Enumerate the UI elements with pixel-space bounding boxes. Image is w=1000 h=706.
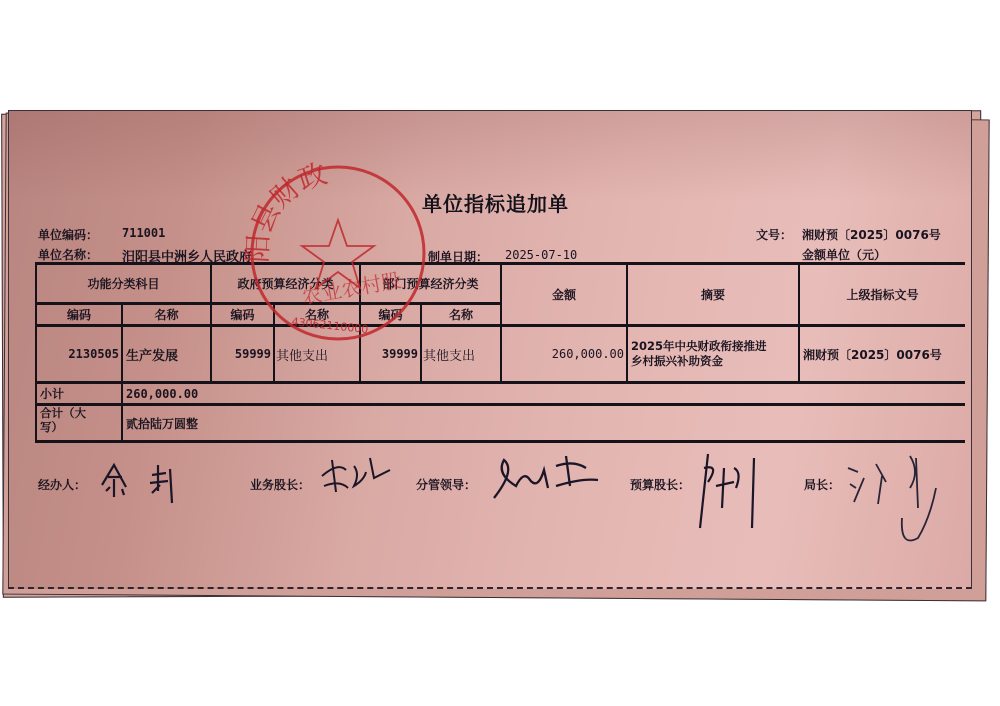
subheader-dept-code: 编码: [361, 305, 420, 324]
header-dept-economic-category: 部门预算经济分类: [361, 265, 500, 302]
date-value: 2025-07-10: [505, 248, 577, 262]
header-amount: 金额: [502, 265, 626, 324]
subheader-gov-code: 编码: [212, 305, 273, 324]
subtotal-label: 小计: [37, 384, 124, 403]
dept-name: 其他支出: [420, 327, 501, 381]
header-function-category: 功能分类科目: [37, 265, 210, 302]
func-code: 2130505: [37, 327, 121, 381]
subheader-func-code: 编码: [37, 305, 121, 324]
business-chief-label: 业务股长：: [250, 476, 310, 493]
unit-code-label: 单位编码：: [38, 226, 98, 243]
func-name: 生产发展: [123, 327, 210, 381]
doc-no-value: 湘财预〔2025〕0076号: [802, 226, 941, 243]
unit-name-label: 单位名称：: [38, 246, 98, 263]
total-label-line-2: 写）: [40, 420, 63, 434]
allocation-table: 功能分类科目 政府预算经济分类 部门预算经济分类 金额 摘要 上级指标文号 编码…: [35, 262, 965, 442]
header-summary: 摘要: [628, 265, 798, 324]
subheader-gov-name: 名称: [275, 305, 359, 324]
leader-label: 分管领导：: [416, 476, 476, 493]
summary-line-2: 乡村振兴补助资金: [631, 354, 723, 369]
total-value-uppercase: 贰拾陆万圆整: [123, 406, 426, 440]
summary-line-1: 2025年中央财政衔接推进: [631, 339, 767, 354]
dept-code: 39999: [361, 327, 420, 381]
total-label-line-1: 合计（大: [40, 406, 86, 420]
unit-code-value: 711001: [122, 226, 165, 240]
total-label: 合计（大 写）: [37, 406, 124, 440]
header-ref-doc-no: 上级指标文号: [800, 265, 965, 324]
ref-doc-no-value: 湘财预〔2025〕0076号: [800, 327, 968, 381]
amount-text: 260,000.00: [552, 347, 624, 361]
table-line: [35, 440, 965, 443]
budget-chief-label: 预算股长：: [630, 476, 690, 493]
gov-name: 其他支出: [273, 327, 360, 381]
document-title: 单位指标追加单: [422, 188, 569, 217]
amount-value: 260,000.00: [502, 327, 626, 381]
currency-unit: 金额单位（元）: [802, 246, 886, 263]
summary-value: 2025年中央财政衔接推进 乡村振兴补助资金: [628, 327, 799, 381]
subheader-dept-name: 名称: [422, 305, 500, 324]
director-label: 局长：: [804, 476, 840, 493]
handler-label: 经办人：: [38, 476, 86, 493]
subtotal-value: 260,000.00: [123, 384, 426, 403]
doc-no-label: 文号：: [756, 226, 792, 243]
subheader-func-name: 名称: [123, 305, 210, 324]
gov-code: 59999: [212, 327, 273, 381]
header-gov-economic-category: 政府预算经济分类: [212, 265, 359, 302]
